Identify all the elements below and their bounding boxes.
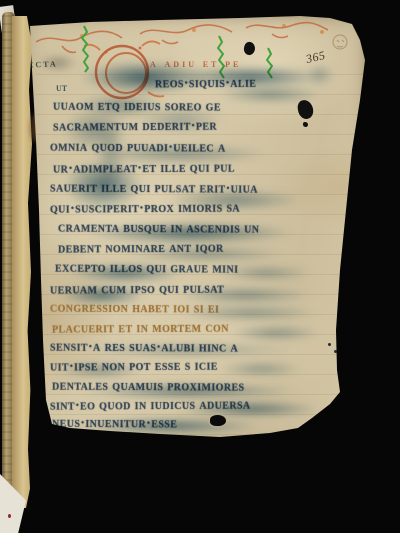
manuscript-photo: ecta a adiu et pe ut reos·siquis·alie uu… bbox=[0, 0, 400, 533]
manuscript-line: placuerit et in mortem con bbox=[52, 320, 229, 338]
red-thread-speck bbox=[8, 514, 11, 518]
ink-speck bbox=[328, 343, 331, 346]
ink-speck bbox=[303, 122, 308, 127]
page-curl-edge bbox=[12, 16, 32, 508]
parchment-hole bbox=[210, 415, 226, 426]
parchment-page: ecta a adiu et pe ut reos·siquis·alie uu… bbox=[22, 12, 374, 448]
ink-speck bbox=[334, 350, 337, 353]
